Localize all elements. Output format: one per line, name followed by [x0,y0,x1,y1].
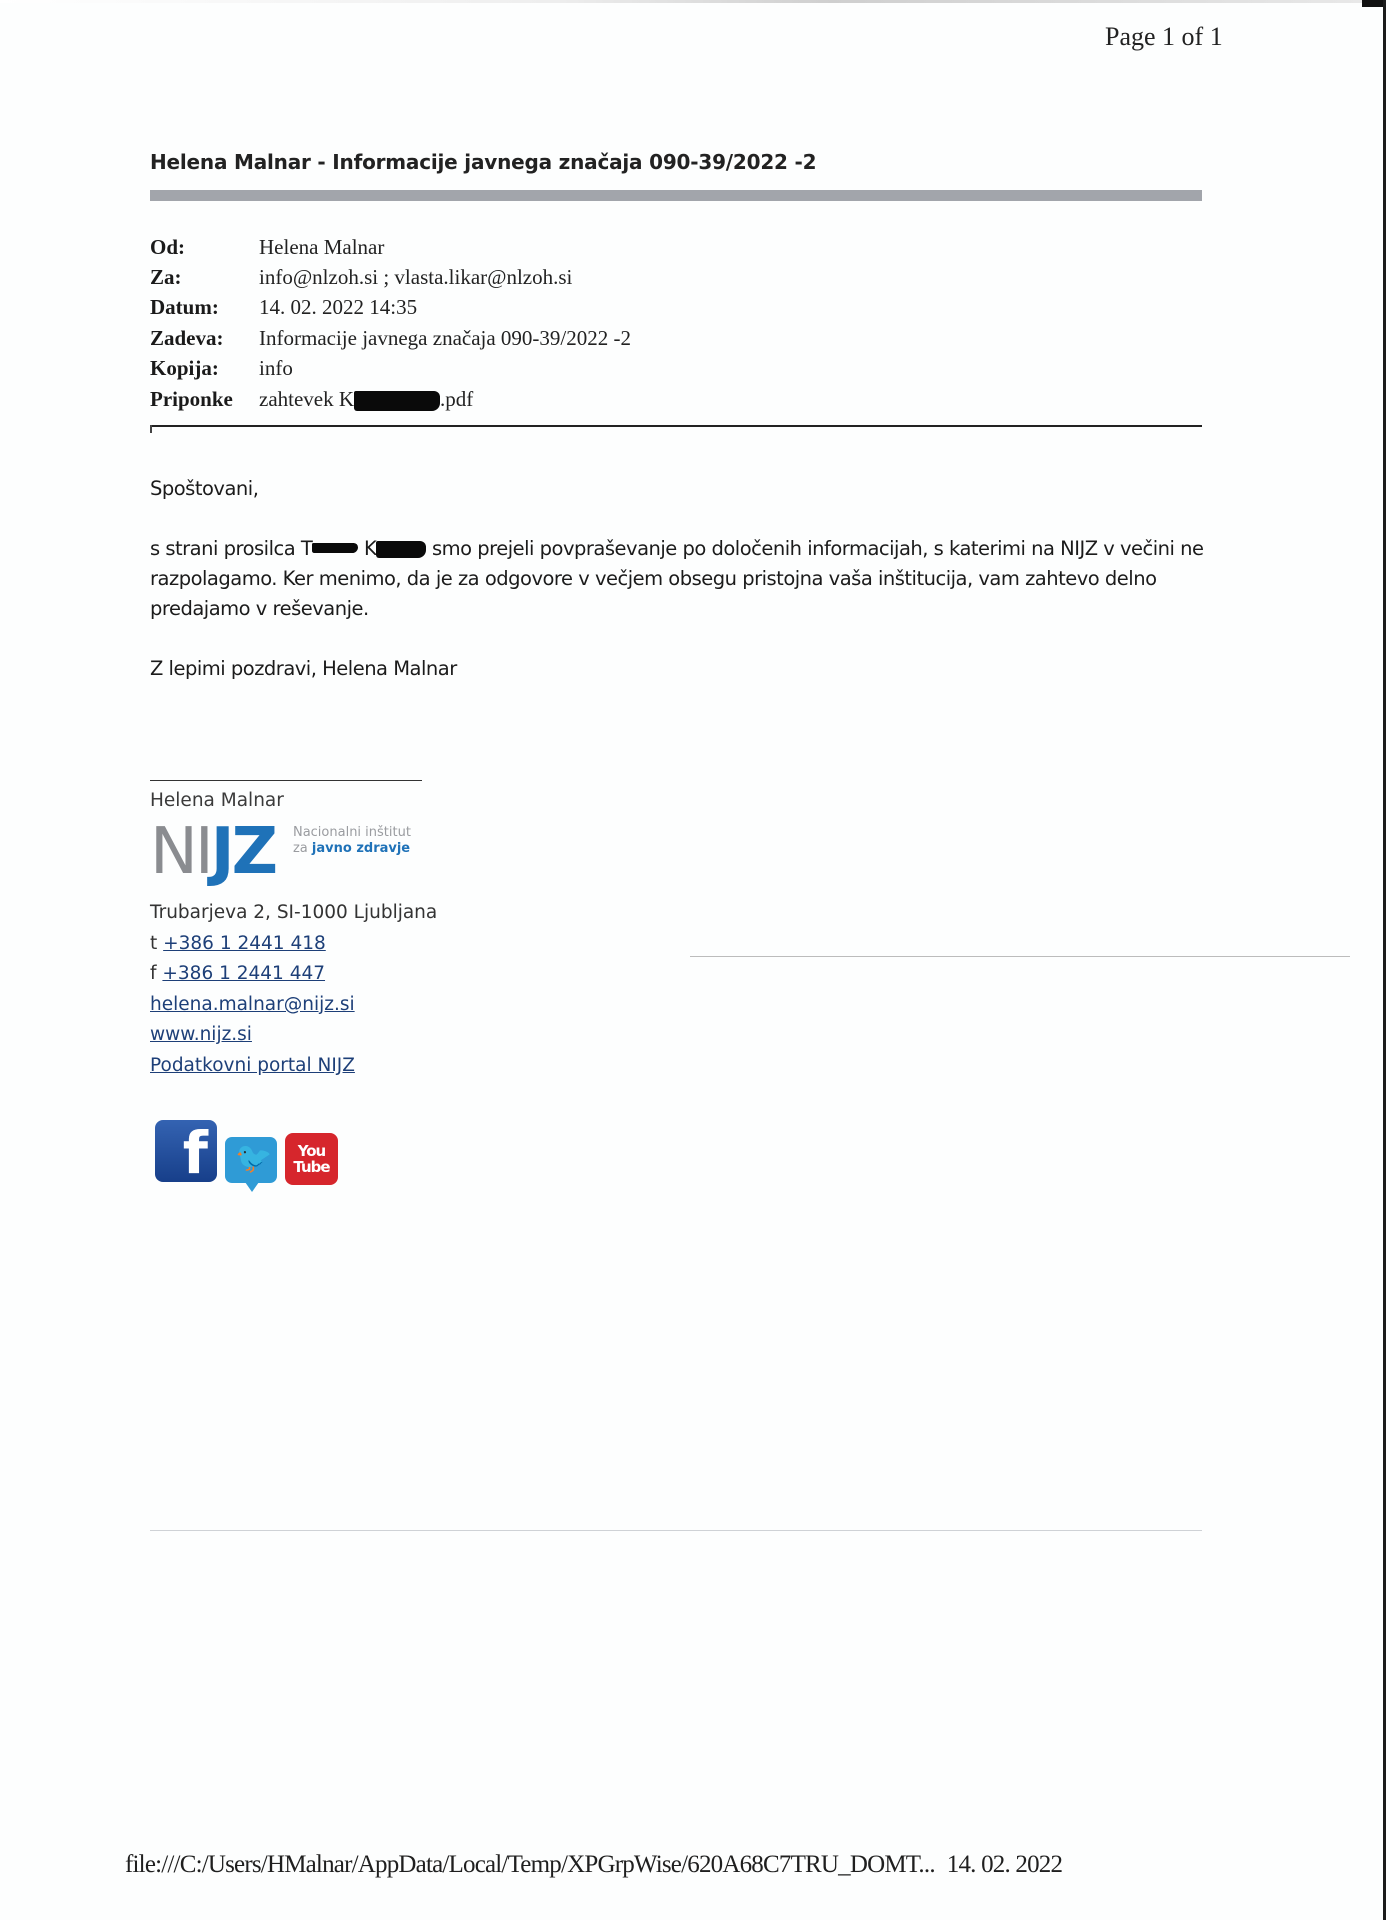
header-label: Priponke [150,387,259,412]
page-indicator: Page 1 of 1 [1105,22,1223,52]
social-links: f 🐦 YouTube [155,1120,338,1185]
scan-artifact-top [0,0,1386,3]
signature-contact: Trubarjeva 2, SI-1000 Ljubljana t +386 1… [150,898,437,1082]
body-paragraph: s strani prosilca T K smo prejeli povpra… [150,534,1210,624]
fax-link[interactable]: +386 1 2441 447 [162,963,325,984]
header-divider [150,425,1202,427]
email-link[interactable]: helena.malnar@nijz.si [150,994,355,1015]
facebook-icon[interactable]: f [155,1120,217,1182]
print-footer: file:///C:/Users/HMalnar/AppData/Local/T… [125,1851,1062,1879]
title-divider [150,190,1202,201]
header-value: Informacije javnega značaja 090-39/2022 … [259,326,631,351]
closing: Z lepimi pozdravi, Helena Malnar [150,654,1210,684]
logo-text: Nacionalni inštitut za javno zdravje [293,825,411,857]
attachment-link[interactable]: zahtevek K.pdf [259,387,473,412]
twitter-icon[interactable]: 🐦 [225,1137,277,1183]
header-value: info@nlzoh.si ; vlasta.likar@nlzoh.si [259,265,572,290]
header-value: 14. 02. 2022 14:35 [259,295,417,320]
greeting: Spoštovani, [150,474,1210,504]
redaction-block [312,543,358,553]
website-link[interactable]: www.nijz.si [150,1024,252,1045]
attachment-extension: .pdf [440,387,473,411]
header-date: Datum: 14. 02. 2022 14:35 [150,293,631,323]
header-subject: Zadeva: Informacije javnega značaja 090-… [150,323,631,353]
redaction-block [376,541,426,558]
body-text: s strani prosilca T [150,537,312,560]
nijz-logo: NIJZ Nacionalni inštitut za javno zdravj… [150,822,411,884]
header-label: Od: [150,235,259,260]
address: Trubarjeva 2, SI-1000 Ljubljana [150,898,437,929]
signature-divider [150,780,422,781]
file-path: file:///C:/Users/HMalnar/AppData/Local/T… [125,1851,935,1878]
fax-line: f +386 1 2441 447 [150,959,437,990]
body-text: K [358,537,376,560]
footer-divider [150,1530,1202,1531]
header-value: Helena Malnar [259,235,384,260]
header-label: Zadeva: [150,326,259,351]
header-to: Za: info@nlzoh.si ; vlasta.likar@nlzoh.s… [150,262,631,292]
header-cc: Kopija: info [150,354,631,384]
header-attachments: Priponke zahtevek K.pdf [150,384,631,414]
header-label: Za: [150,265,259,290]
attachment-name-prefix: zahtevek K [259,387,354,411]
email-headers: Od: Helena Malnar Za: info@nlzoh.si ; vl… [150,232,631,414]
header-label: Datum: [150,295,259,320]
data-portal-link[interactable]: Podatkovni portal NIJZ [150,1055,355,1076]
header-from: Od: Helena Malnar [150,232,631,262]
scan-artifact-line [690,956,1350,957]
header-label: Kopija: [150,356,259,381]
phone-line: t +386 1 2441 418 [150,929,437,960]
header-divider-tick [150,425,152,433]
redaction-block [354,391,440,411]
email-title: Helena Malnar - Informacije javnega znač… [150,150,816,174]
signature-name: Helena Malnar [150,790,284,811]
print-date: 14. 02. 2022 [947,1851,1062,1878]
phone-link[interactable]: +386 1 2441 418 [163,933,326,954]
youtube-icon[interactable]: YouTube [285,1133,338,1185]
logo-mark: NIJZ [150,822,275,882]
email-body: Spoštovani, s strani prosilca T K smo pr… [150,474,1210,684]
header-value: info [259,356,293,381]
